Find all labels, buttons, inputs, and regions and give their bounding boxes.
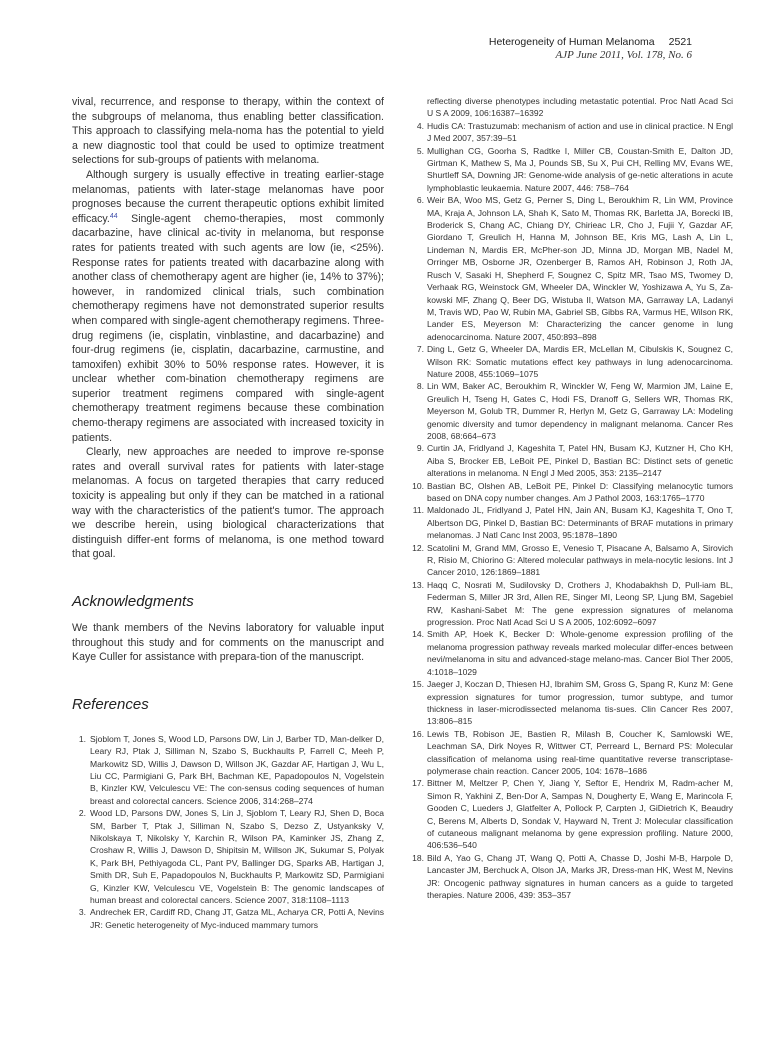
- reference-number: 5.: [411, 145, 424, 157]
- page-number: 2521: [669, 36, 692, 49]
- reference-text: Mullighan CG, Goorha S, Radtke I, Miller…: [427, 146, 733, 193]
- body-paragraph-3: Clearly, new approaches are needed to im…: [72, 445, 384, 562]
- body-paragraph-1: vival, recurrence, and response to thera…: [72, 95, 384, 168]
- reference-text: Scatolini M, Grand MM, Grosso E, Venesio…: [427, 543, 733, 578]
- reference-number: 14.: [411, 628, 424, 640]
- reference-text: Maldonado JL, Fridlyand J, Patel HN, Jai…: [427, 505, 733, 540]
- reference-text: Bastian BC, Olshen AB, LeBoit PE, Pinkel…: [427, 481, 733, 503]
- reference-item: 11.Maldonado JL, Fridlyand J, Patel HN, …: [411, 504, 733, 541]
- reference-number: 6.: [411, 194, 424, 206]
- left-column: vival, recurrence, and response to thera…: [72, 95, 384, 931]
- reference-item: 18.Bild A, Yao G, Chang JT, Wang Q, Pott…: [411, 852, 733, 902]
- reference-item: 14.Smith AP, Hoek K, Becker D: Whole-gen…: [411, 628, 733, 678]
- reference-text: Bittner M, Meltzer P, Chen Y, Jiang Y, S…: [427, 778, 733, 850]
- reference-text: Haqq C, Nosrati M, Sudilovsky D, Crother…: [427, 580, 733, 627]
- reference-item: 9.Curtin JA, Fridlyand J, Kageshita T, P…: [411, 442, 733, 479]
- reference-number: 4.: [411, 120, 424, 132]
- reference-text: Lin WM, Baker AC, Beroukhim R, Winckler …: [427, 381, 733, 441]
- references-heading: References: [72, 696, 384, 713]
- reference-item: 16.Lewis TB, Robison JE, Bastien R, Mila…: [411, 728, 733, 778]
- acknowledgments-heading: Acknowledgments: [72, 593, 384, 610]
- reference-item: 8.Lin WM, Baker AC, Beroukhim R, Winckle…: [411, 380, 733, 442]
- citation-link[interactable]: 44: [110, 213, 118, 220]
- paragraph-text: Single-agent chemo-therapies, most commo…: [72, 213, 384, 444]
- reference-number: 13.: [411, 579, 424, 591]
- reference-text: Sjoblom T, Jones S, Wood LD, Parsons DW,…: [90, 734, 384, 806]
- running-title-line: Heterogeneity of Human Melanoma2521: [489, 36, 692, 49]
- reference-number: 3.: [72, 906, 86, 918]
- reference-item: 12.Scatolini M, Grand MM, Grosso E, Vene…: [411, 542, 733, 579]
- reference-item: 10.Bastian BC, Olshen AB, LeBoit PE, Pin…: [411, 480, 733, 505]
- reference-number: 16.: [411, 728, 424, 740]
- reference-item: 13.Haqq C, Nosrati M, Sudilovsky D, Crot…: [411, 579, 733, 629]
- reference-text: Wood LD, Parsons DW, Jones S, Lin J, Sjo…: [90, 808, 384, 905]
- reference-text: Bild A, Yao G, Chang JT, Wang Q, Potti A…: [427, 853, 733, 900]
- reference-item: 7.Ding L, Getz G, Wheeler DA, Mardis ER,…: [411, 343, 733, 380]
- reference-text: Jaeger J, Koczan D, Thiesen HJ, Ibrahim …: [427, 679, 733, 726]
- reference-number: 10.: [411, 480, 424, 492]
- right-column: reflecting diverse phenotypes including …: [411, 95, 733, 901]
- reference-number: 7.: [411, 343, 424, 355]
- reference-number: 12.: [411, 542, 424, 554]
- reference-number: 1.: [72, 733, 86, 745]
- journal-info: AJP June 2011, Vol. 178, No. 6: [489, 49, 692, 62]
- body-paragraph-2: Although surgery is usually effective in…: [72, 168, 384, 445]
- reference-text: Weir BA, Woo MS, Getz G, Perner S, Ding …: [427, 195, 733, 341]
- reference-item: 1.Sjoblom T, Jones S, Wood LD, Parsons D…: [72, 733, 384, 807]
- reference-number: 18.: [411, 852, 424, 864]
- reference-continuation: reflecting diverse phenotypes including …: [411, 95, 733, 120]
- reference-number: 11.: [411, 504, 424, 516]
- reference-text: Andrechek ER, Cardiff RD, Chang JT, Gatz…: [90, 907, 384, 929]
- acknowledgments-text: We thank members of the Nevins laborator…: [72, 621, 384, 665]
- reference-text: Smith AP, Hoek K, Becker D: Whole-genome…: [427, 629, 733, 676]
- reference-text: Ding L, Getz G, Wheeler DA, Mardis ER, M…: [427, 344, 733, 379]
- reference-text: Curtin JA, Fridlyand J, Kageshita T, Pat…: [427, 443, 733, 478]
- reference-number: 8.: [411, 380, 424, 392]
- reference-item: 3.Andrechek ER, Cardiff RD, Chang JT, Ga…: [72, 906, 384, 931]
- reference-item: 5.Mullighan CG, Goorha S, Radtke I, Mill…: [411, 145, 733, 195]
- reference-number: 15.: [411, 678, 424, 690]
- reference-number: 17.: [411, 777, 424, 789]
- reference-item: 6.Weir BA, Woo MS, Getz G, Perner S, Din…: [411, 194, 733, 343]
- running-title: Heterogeneity of Human Melanoma: [489, 36, 655, 48]
- reference-list-right: 4.Hudis CA: Trastuzumab: mechanism of ac…: [411, 120, 733, 902]
- reference-text: Lewis TB, Robison JE, Bastien R, Milash …: [427, 729, 733, 776]
- reference-item: 17.Bittner M, Meltzer P, Chen Y, Jiang Y…: [411, 777, 733, 851]
- reference-item: 2.Wood LD, Parsons DW, Jones S, Lin J, S…: [72, 807, 384, 906]
- reference-item: 15.Jaeger J, Koczan D, Thiesen HJ, Ibrah…: [411, 678, 733, 728]
- running-header: Heterogeneity of Human Melanoma2521 AJP …: [489, 36, 692, 62]
- reference-list-left: 1.Sjoblom T, Jones S, Wood LD, Parsons D…: [72, 733, 384, 932]
- reference-number: 2.: [72, 807, 86, 819]
- reference-number: 9.: [411, 442, 424, 454]
- reference-item: 4.Hudis CA: Trastuzumab: mechanism of ac…: [411, 120, 733, 145]
- reference-text: Hudis CA: Trastuzumab: mechanism of acti…: [427, 121, 733, 143]
